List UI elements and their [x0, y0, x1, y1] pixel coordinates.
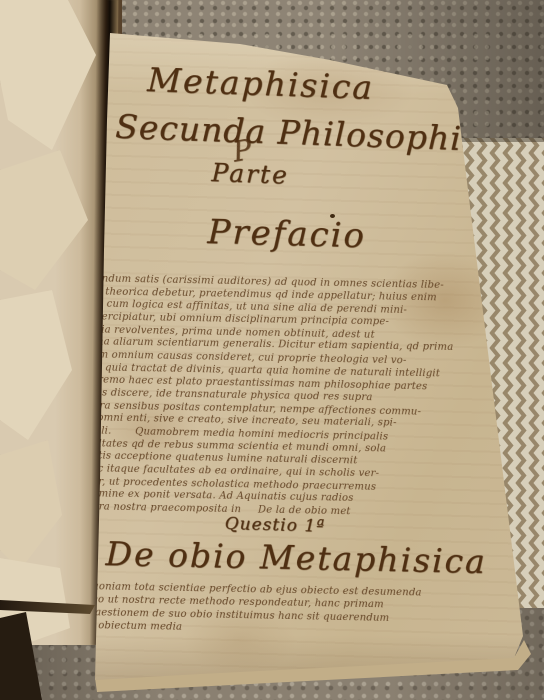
question-heading: De obio Metaphisica	[105, 534, 487, 581]
title-line-secunda-philosophia: i Secunda Philosophia	[92, 106, 483, 159]
heading-prefacio: Prefacio	[207, 212, 366, 256]
question-number-heading: Questio 1ª	[224, 514, 325, 537]
ink-blot	[330, 214, 335, 218]
title-line-parte: Parte	[211, 158, 289, 190]
closing-line: sit obiectum media	[82, 620, 183, 633]
title-line-metaphisica: Metaphisica	[147, 60, 375, 107]
manuscript-photo: 1 Metaphisica i Secunda Philosophia P Pa…	[0, 0, 544, 700]
body-line: umbra nostra praecomposita in De la de o…	[76, 501, 351, 517]
